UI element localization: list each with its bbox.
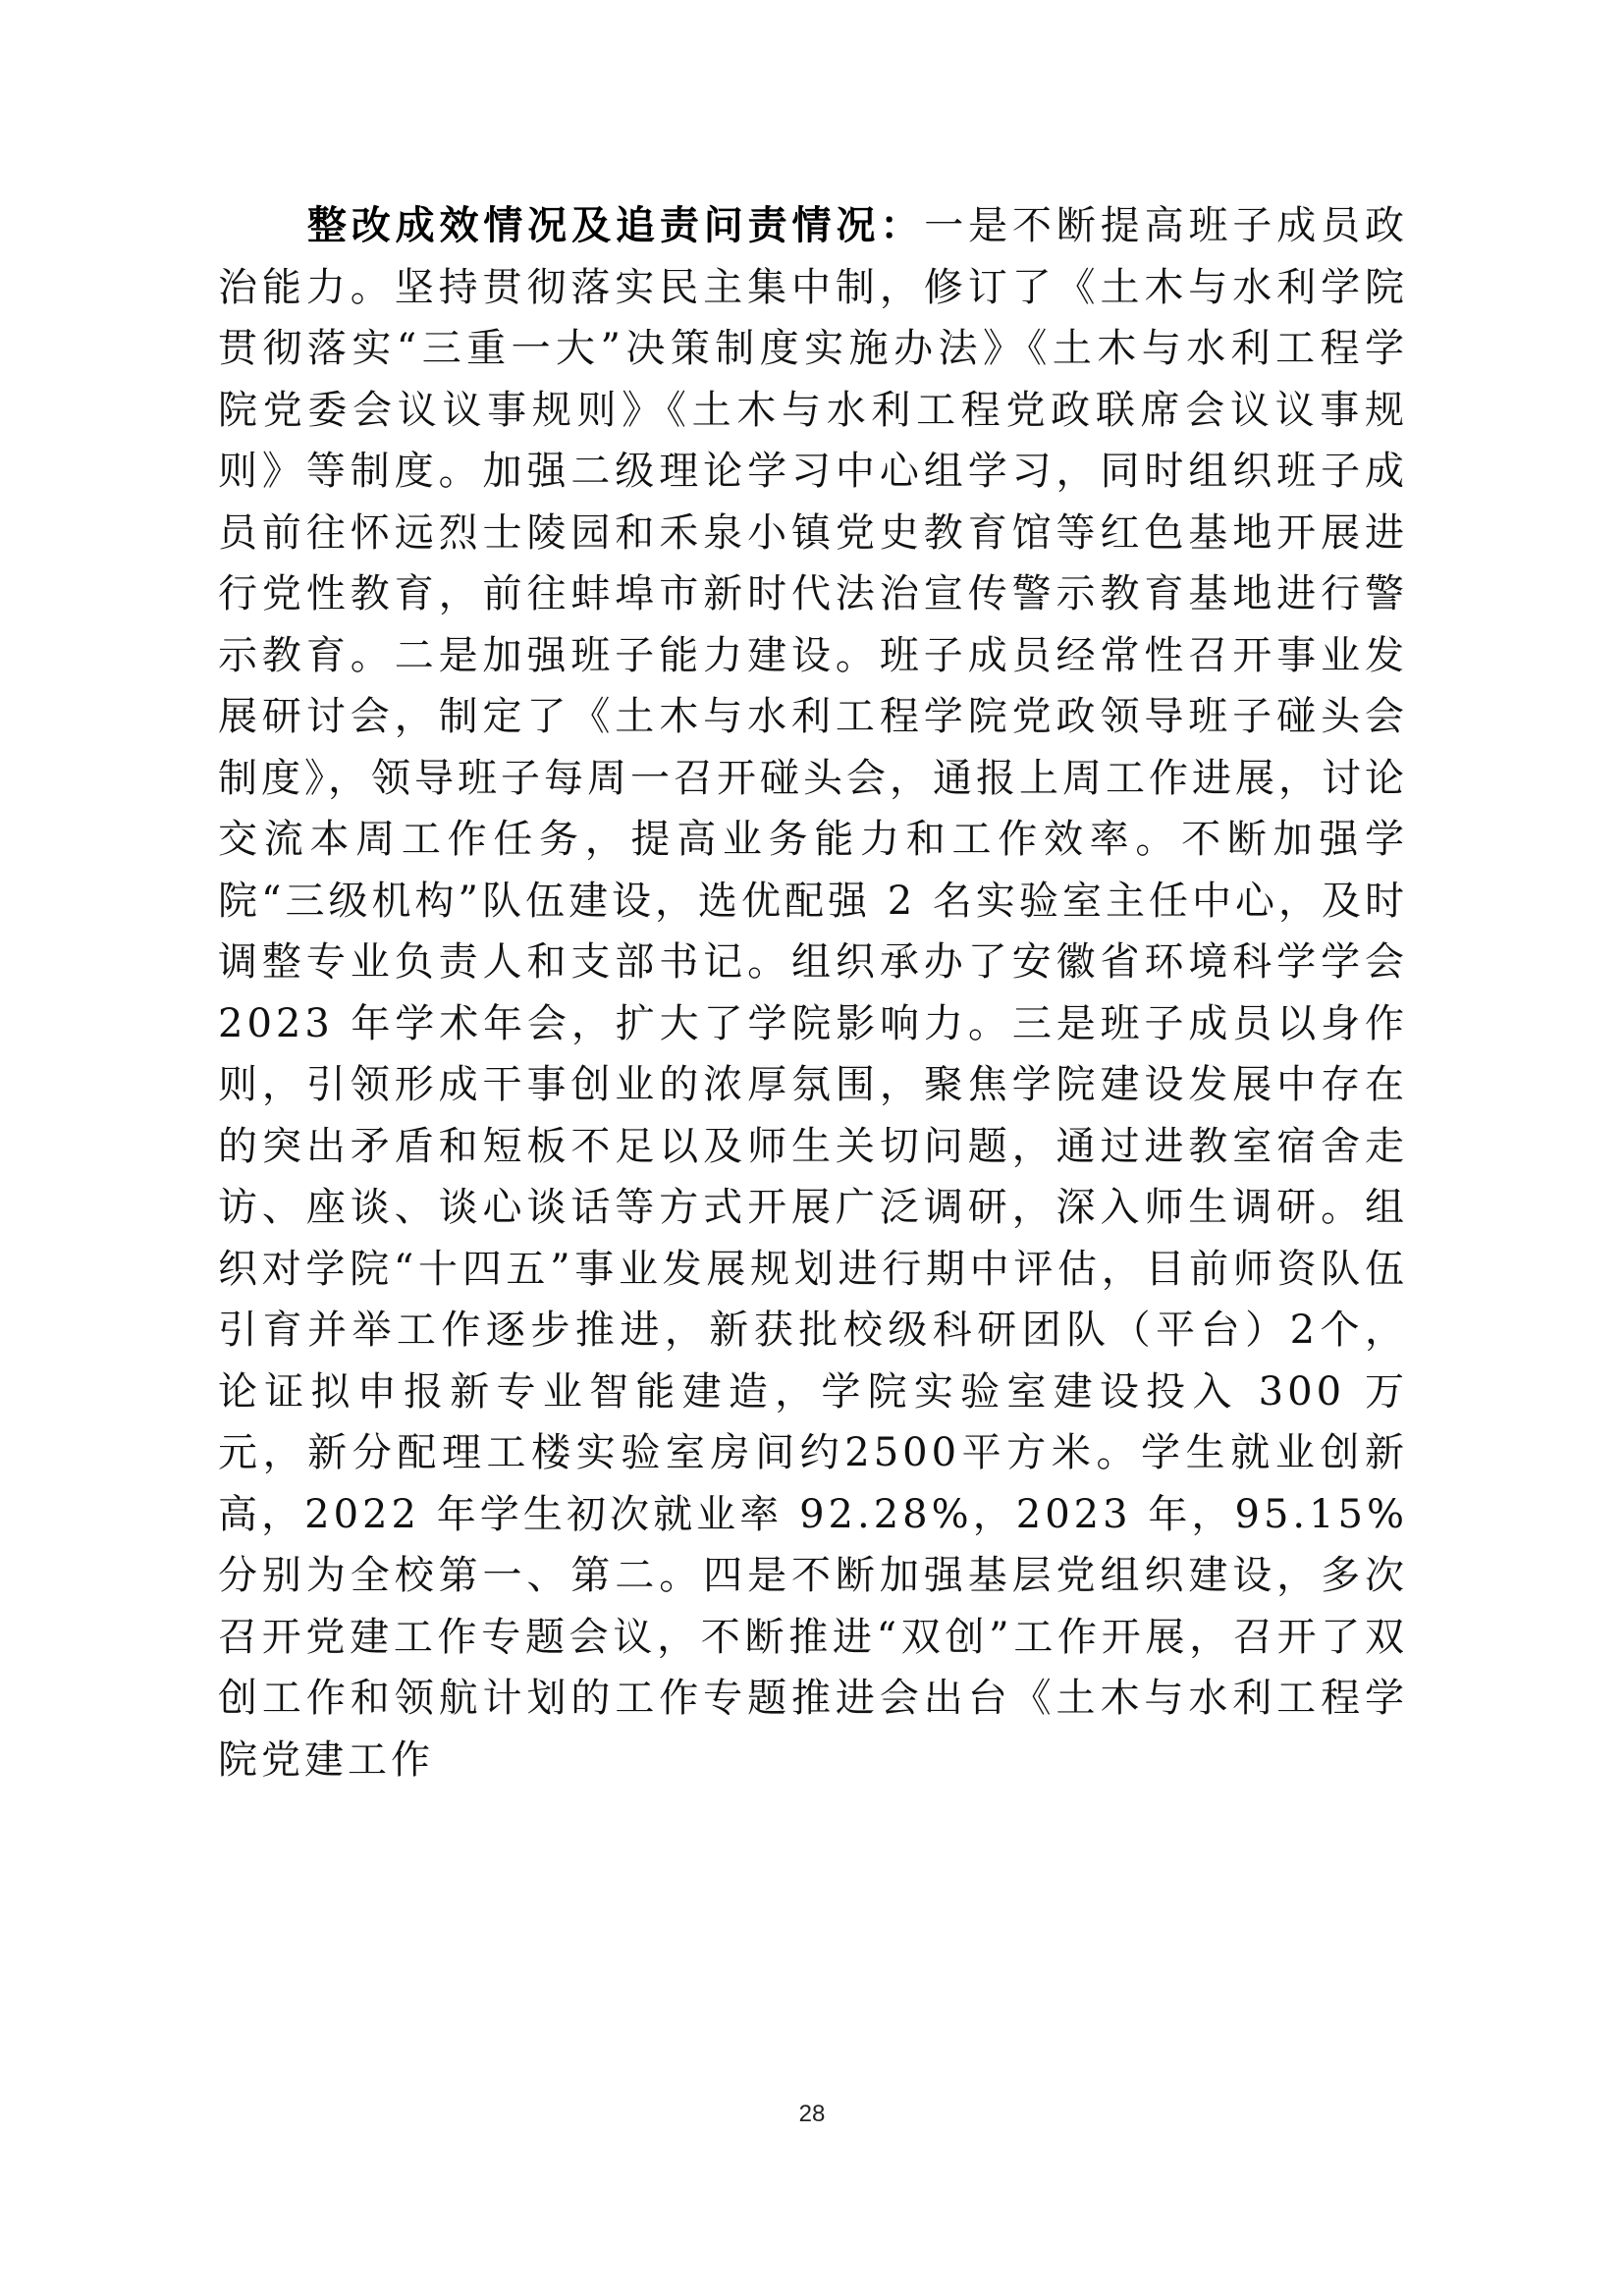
page-number: 28 [0,2101,1624,2128]
text-line: 贯彻落实“三重一大”决策制度实施办法》《土木与水利工程 [218,326,1365,371]
body-paragraph: 整改成效情况及追责问责情况：一是不断提高班子成员政治能力。坚持贯彻落实民主集中制… [218,195,1408,1790]
text-line: 治能力。坚持贯彻落实民主集中制，修订了《土木与水利学院 [218,265,1408,310]
text-line: 一是不断提高班子成员政 [924,203,1408,248]
document-page: 整改成效情况及追责问责情况：一是不断提高班子成员政治能力。坚持贯彻落实民主集中制… [0,0,1624,2296]
section-lead-heading: 整改成效情况及追责问责情况： [306,202,924,248]
